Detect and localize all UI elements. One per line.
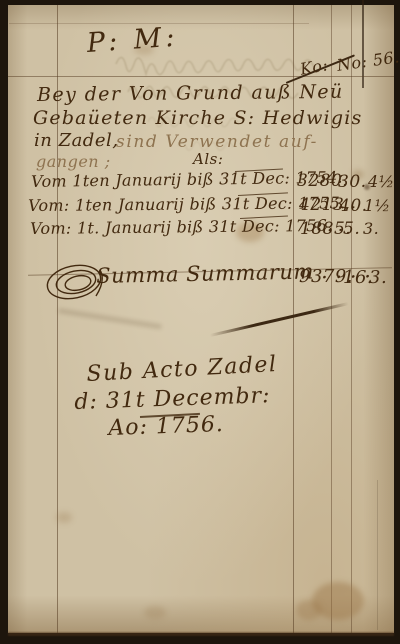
entry-groschen: 5. [343, 221, 360, 238]
entry-groschen: 30. [338, 174, 367, 191]
intro-line-1: Bey der Von Grund auß Neü [37, 83, 344, 105]
closing-line-3: Ao: 1756. [108, 414, 224, 440]
manuscript-photo: P: M: Ko: No: 56. Bey der Von Grund auß … [0, 0, 400, 644]
ruled-line-column-3 [351, 5, 352, 633]
intro-line-3-start: in Zadel, [34, 132, 118, 150]
entry-pfennig: 1½ [364, 198, 391, 214]
paper-bottom-edge [8, 632, 394, 636]
intro-line-4: gangen ; [36, 154, 111, 170]
ruled-line-header [8, 76, 394, 77]
fold-crease-faint [377, 480, 378, 630]
intro-line-3-end: sind Verwendet auf- [116, 134, 318, 151]
folio-mark: Ko: [299, 57, 329, 78]
page-heading: P: M: [86, 24, 179, 57]
fold-crease [362, 0, 364, 88]
intro-line-2: Gebaüeten Kirche S: Hedwigis [33, 109, 362, 128]
entry-label: Vom: 1t. Januarij biß 31t Dec: 1756. . [30, 218, 343, 237]
stain [56, 512, 72, 523]
entry-pfennig: 3. [363, 221, 379, 237]
entry-pfennig: 4½ [368, 174, 395, 190]
summa-pfennig: 3. [369, 269, 387, 287]
stain [296, 600, 322, 620]
intro-als-label: Als: [193, 152, 223, 167]
stain [144, 606, 166, 619]
